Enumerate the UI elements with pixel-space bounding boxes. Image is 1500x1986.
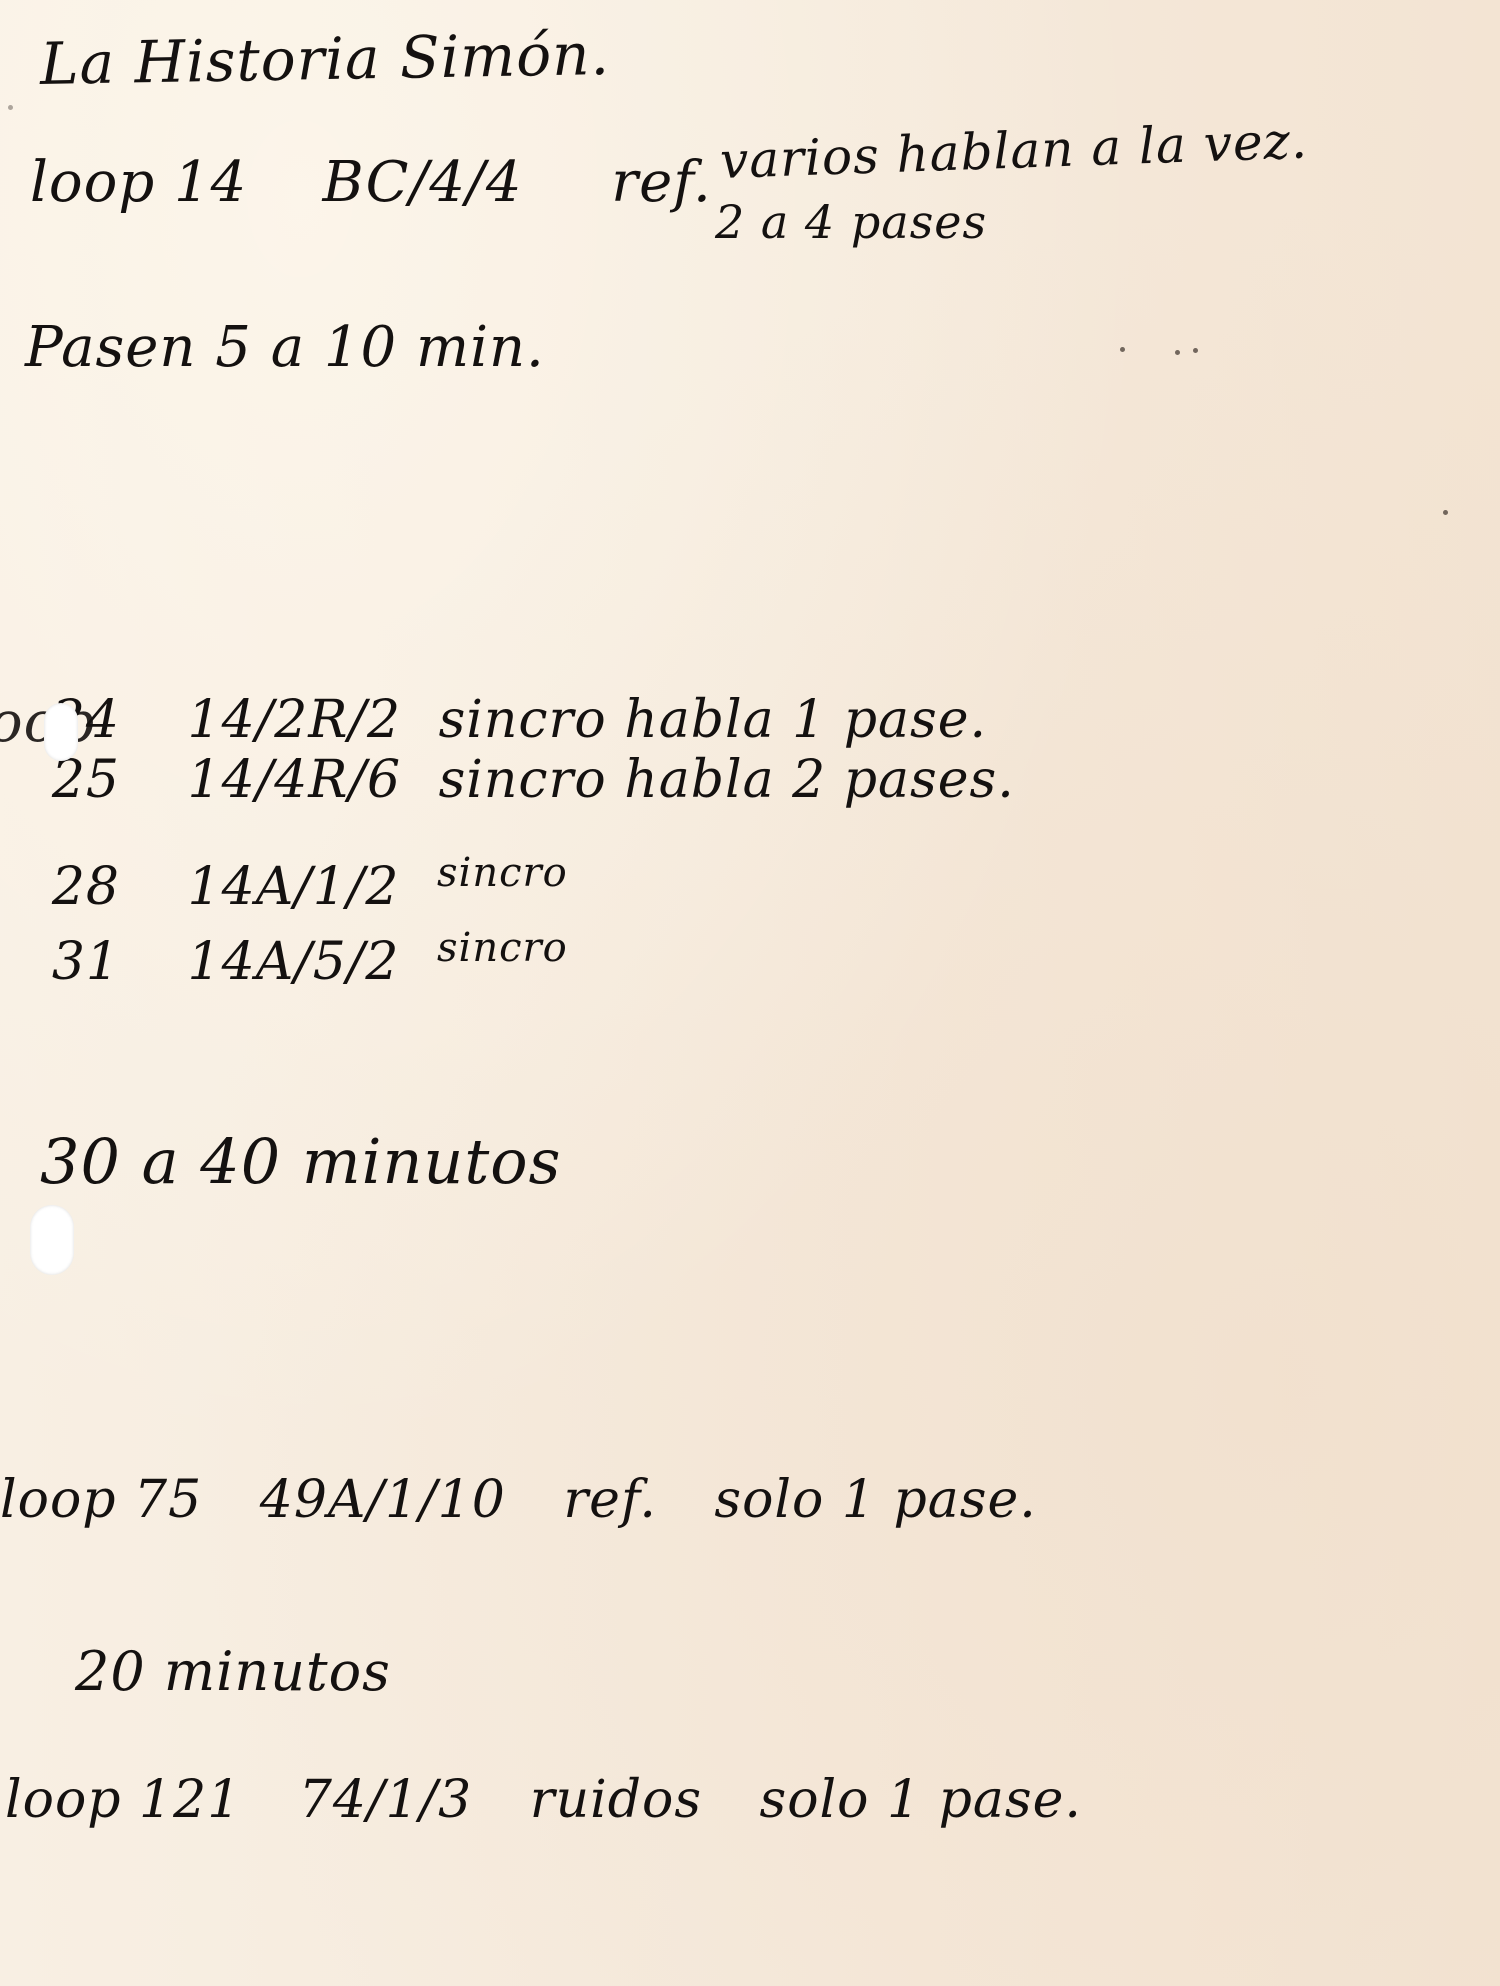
duration-20: 20 minutos <box>75 1640 391 1703</box>
ink-speck <box>1193 348 1198 353</box>
loop-75-line: loop 75 49A/1/10 ref. solo 1 pase. <box>0 1470 1037 1530</box>
loop-desc: sincro <box>437 850 568 896</box>
loop-number: 25 <box>20 750 120 810</box>
ref-label: ref. <box>611 150 711 215</box>
paper-sheet: La Historia Simón. loop 14 BC/4/4 ref. v… <box>0 0 1500 1986</box>
loop-row: 28 14A/1/2 sincro <box>20 850 568 917</box>
loop-code: 74/1/3 <box>299 1770 472 1830</box>
punch-hole <box>44 703 78 761</box>
note-title: La Historia Simón. <box>39 20 610 98</box>
ink-speck <box>8 105 13 110</box>
loop-14-line: loop 14 BC/4/4 ref. <box>30 150 712 215</box>
duration-pasen: Pasen 5 a 10 min. <box>25 315 545 380</box>
loop-label: loop 14 <box>30 150 247 215</box>
duration-30-40: 30 a 40 minutos <box>40 1125 561 1198</box>
ink-speck <box>1443 510 1448 515</box>
loop-code: BC/4/4 <box>322 150 522 215</box>
ink-speck <box>1120 347 1125 352</box>
loop-note-ruidos: ruidos <box>530 1770 702 1830</box>
loop-row: 24 14/2R/2 sincro habla 1 pase. <box>20 690 987 750</box>
loop-desc: sincro <box>437 925 568 971</box>
loop-number: 28 <box>20 857 120 917</box>
loop-code: 49A/1/10 <box>260 1470 506 1530</box>
loop-row: 25 14/4R/6 sincro habla 2 pases. <box>20 750 1015 810</box>
loop-row: 31 14A/5/2 sincro <box>20 925 568 992</box>
ref-label: ref. <box>563 1470 657 1530</box>
loop-121-line: loop 121 74/1/3 ruidos solo 1 pase. <box>5 1770 1082 1830</box>
loop-code: 14A/5/2 <box>188 932 400 992</box>
punch-hole <box>30 1205 74 1275</box>
note-pases: 2 a 4 pases <box>715 195 987 249</box>
ink-speck <box>1175 350 1180 355</box>
note-varios: varios hablan a la vez. <box>719 111 1309 189</box>
loop-desc: sincro habla 2 pases. <box>439 750 1015 810</box>
loop-number: 31 <box>20 932 120 992</box>
loop-label: loop 75 <box>0 1470 202 1530</box>
loop-code: 14A/1/2 <box>188 857 400 917</box>
loop-note: solo 1 pase. <box>714 1470 1036 1530</box>
loop-label: loop 121 <box>5 1770 241 1830</box>
loop-note: solo 1 pase. <box>760 1770 1082 1830</box>
loop-code: 14/4R/6 <box>188 750 402 810</box>
loop-desc: sincro habla 1 pase. <box>439 690 987 750</box>
loop-code: 14/2R/2 <box>188 690 402 750</box>
